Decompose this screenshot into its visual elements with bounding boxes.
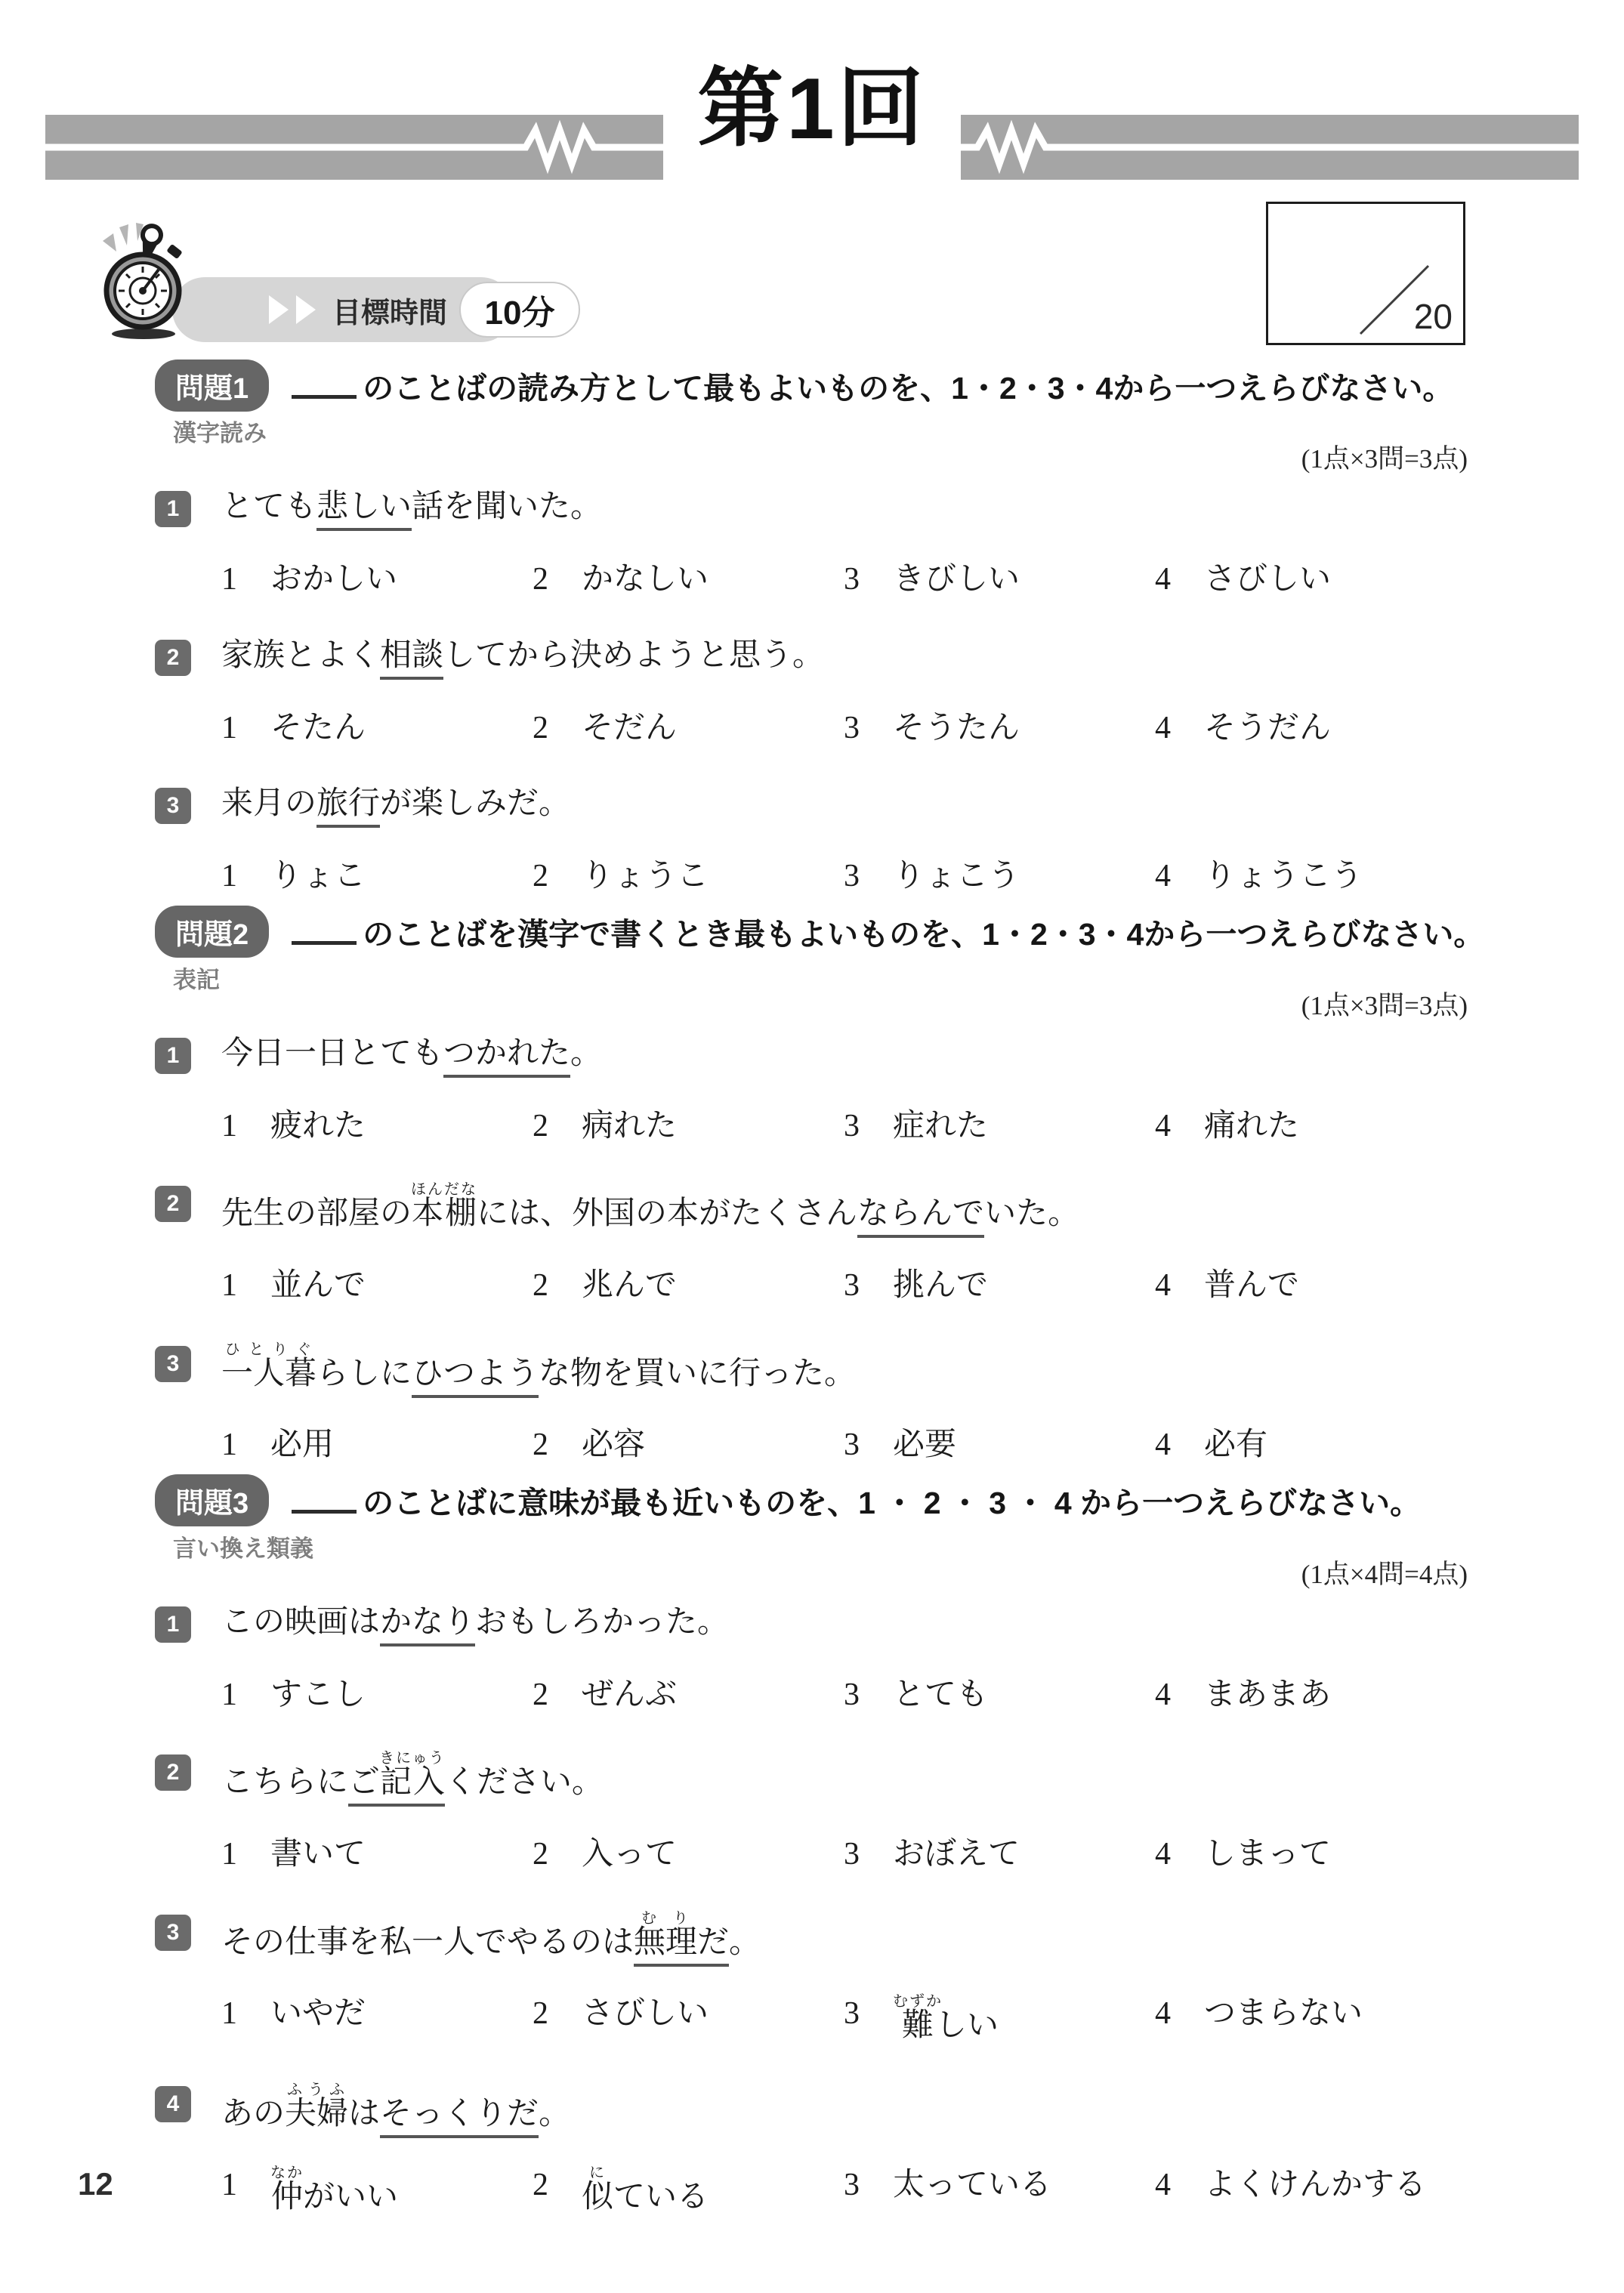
- option-number: 2: [533, 856, 548, 897]
- option: 3りょこう: [844, 856, 1155, 897]
- option: 2りょうこ: [533, 856, 844, 897]
- score-box: 20: [1266, 202, 1465, 345]
- option: 4まあまあ: [1155, 1674, 1331, 1716]
- target-time-pill: 10分: [459, 282, 580, 338]
- option-number: 3: [844, 559, 860, 600]
- option-number: 3: [844, 856, 860, 897]
- question-line: 3その仕事を私一人でやるのは無理むりだ。: [155, 1910, 1624, 1964]
- option-text: 必用: [270, 1424, 334, 1466]
- option-text: そだん: [582, 708, 677, 749]
- option-number: 3: [844, 1265, 860, 1307]
- header-bar-left: [45, 115, 663, 180]
- problem-instruction: のことばに意味が最も近いものを、1 ・ 2 ・ 3 ・ 4 から一つえらびなさい…: [290, 1478, 1421, 1523]
- option-text: 必要: [893, 1424, 956, 1466]
- option-text: 兆んで: [582, 1265, 677, 1307]
- option-text: ぜんぶ: [582, 1674, 677, 1716]
- option: 3おぼえて: [844, 1834, 1155, 1875]
- problem-section-1: 問題1のことばの読み方として最もよいものを、1・2・3・4から一つえらびなさい。…: [155, 363, 1624, 897]
- option-number: 1: [221, 559, 237, 600]
- option: 1仲なかがいい: [221, 2165, 533, 2218]
- question-number: 3: [155, 788, 191, 824]
- option-text: つまらない: [1204, 1993, 1363, 2047]
- target-time-label: 目標時間: [332, 289, 447, 331]
- question-number: 1: [155, 491, 191, 527]
- option: 2病れた: [533, 1106, 844, 1147]
- options-row: 1仲なかがいい2似にている3太っている4よくけんかする: [221, 2165, 1624, 2218]
- options-row: 1おかしい2かなしい3きびしい4さびしい: [221, 559, 1624, 600]
- header-bar-right: [961, 115, 1579, 180]
- option-text: 入って: [582, 1834, 677, 1875]
- option-number: 2: [533, 1834, 548, 1875]
- option-number: 2: [533, 708, 548, 749]
- question-number: 2: [155, 1754, 191, 1791]
- option-number: 3: [844, 1424, 860, 1466]
- option: 2かなしい: [533, 559, 844, 600]
- question-number: 1: [155, 1038, 191, 1074]
- option-text: 仲なかがいい: [270, 2165, 398, 2218]
- problem-subtitle: 言い換え類義: [173, 1529, 313, 1563]
- question: 3来月の旅行が楽しみだ。1りょこ2りょうこ3りょこう4りょうこう: [155, 783, 1624, 897]
- question: 2先生の部屋の本棚ほんだなには、外国の本がたくさんならんでいた。1並んで2兆んで…: [155, 1181, 1624, 1306]
- question-line: 3来月の旅行が楽しみだ。: [155, 783, 1624, 826]
- option-text: かなしい: [582, 559, 709, 600]
- option-text: 症れた: [893, 1106, 988, 1147]
- option: 3とても: [844, 1674, 1155, 1716]
- question-number: 3: [155, 1915, 191, 1951]
- option-text: すこし: [270, 1674, 366, 1716]
- options-row: 1書いて2入って3おぼえて4しまって: [221, 1834, 1624, 1875]
- option-number: 1: [221, 708, 237, 749]
- option-number: 2: [533, 1993, 548, 2047]
- option-text: りょこう: [893, 856, 1020, 897]
- option-text: さびしい: [582, 1993, 709, 2047]
- options-row: 1そたん2そだん3そうたん4そうだん: [221, 708, 1624, 749]
- round-title: 第1回: [697, 39, 926, 163]
- option: 1並んで: [221, 1265, 533, 1307]
- question: 2家族とよく相談してから決めようと思う。1そたん2そだん3そうたん4そうだん: [155, 635, 1624, 749]
- problem-head: 問題2のことばを漢字で書くとき最もよいものを、1・2・3・4から一つえらびなさい…: [155, 909, 1624, 955]
- option: 2兆んで: [533, 1265, 844, 1307]
- option-number: 4: [1155, 1674, 1171, 1716]
- option: 4りょうこう: [1155, 856, 1363, 897]
- option: 1書いて: [221, 1834, 533, 1875]
- question-list: 1この映画はかなりおもしろかった。1すこし2ぜんぶ3とても4まあまあ2こちらにご…: [155, 1602, 1624, 2218]
- problem-subtitle: 表記: [173, 961, 220, 995]
- option-number: 1: [221, 1993, 237, 2047]
- option-number: 1: [221, 1424, 237, 1466]
- option-text: おぼえて: [893, 1834, 1020, 1875]
- option-number: 4: [1155, 2165, 1171, 2218]
- option-number: 2: [533, 559, 548, 600]
- option: 2ぜんぶ: [533, 1674, 844, 1716]
- option-number: 4: [1155, 708, 1171, 749]
- option: 1必用: [221, 1424, 533, 1466]
- question-sentence: 家族とよく相談してから決めようと思う。: [221, 635, 824, 677]
- option-text: 痛れた: [1204, 1106, 1299, 1147]
- question-list: 1とても悲しい話を聞いた。1おかしい2かなしい3きびしい4さびしい2家族とよく相…: [155, 486, 1624, 897]
- question-line: 3一人暮ひとりぐらしにひつような物を買いに行った。: [155, 1341, 1624, 1395]
- question: 1今日一日とてもつかれた。1疲れた2病れた3症れた4痛れた: [155, 1033, 1624, 1147]
- option-text: 並んで: [270, 1265, 366, 1307]
- question: 2こちらにご記入きにゅうください。1書いて2入って3おぼえて4しまって: [155, 1750, 1624, 1875]
- option-number: 4: [1155, 1424, 1171, 1466]
- options-row: 1並んで2兆んで3挑んで4普んで: [221, 1265, 1624, 1307]
- points-note: (1点×4問=4点): [1301, 1554, 1468, 1591]
- question-line: 1今日一日とてもつかれた。: [155, 1033, 1624, 1076]
- option: 1そたん: [221, 708, 533, 749]
- option-number: 4: [1155, 559, 1171, 600]
- option-text: 必容: [582, 1424, 645, 1466]
- option: 4普んで: [1155, 1265, 1299, 1307]
- option-number: 1: [221, 2165, 237, 2218]
- options-row: 1疲れた2病れた3症れた4痛れた: [221, 1106, 1624, 1147]
- zigzag-line: [961, 115, 1579, 180]
- question: 3その仕事を私一人でやるのは無理むりだ。1いやだ2さびしい3難むずかしい4つまら…: [155, 1910, 1624, 2047]
- option-text: 挑んで: [893, 1265, 988, 1307]
- question-line: 4あの夫婦ふうふはそっくりだ。: [155, 2082, 1624, 2135]
- page-number: 12: [78, 2166, 113, 2202]
- target-time-value: 10分: [485, 285, 555, 334]
- target-time-badge: 目標時間 10分: [172, 277, 514, 342]
- option-text: 太っている: [893, 2165, 1051, 2218]
- option-text: とても: [893, 1674, 988, 1716]
- option: 3挑んで: [844, 1265, 1155, 1307]
- question-sentence: 来月の旅行が楽しみだ。: [221, 783, 570, 825]
- score-total: 20: [1414, 296, 1453, 337]
- problem-subrow: 表記(1点×3問=3点): [155, 955, 1468, 1021]
- problem-head: 問題3のことばに意味が最も近いものを、1 ・ 2 ・ 3 ・ 4 から一つえらび…: [155, 1478, 1624, 1523]
- option: 4つまらない: [1155, 1993, 1363, 2047]
- option-text: おかしい: [270, 559, 397, 600]
- option-number: 1: [221, 1674, 237, 1716]
- question-sentence: こちらにご記入きにゅうください。: [221, 1750, 604, 1804]
- zigzag-line: [45, 115, 663, 180]
- option: 3必要: [844, 1424, 1155, 1466]
- option-number: 2: [533, 2165, 548, 2218]
- option-text: 難むずかしい: [893, 1993, 999, 2047]
- question-line: 2家族とよく相談してから決めようと思う。: [155, 635, 1624, 677]
- option-text: りょうこう: [1204, 856, 1363, 897]
- option-number: 3: [844, 2165, 860, 2218]
- question-sentence: あの夫婦ふうふはそっくりだ。: [221, 2082, 570, 2135]
- question-number: 2: [155, 640, 191, 676]
- option-text: 書いて: [270, 1834, 366, 1875]
- option-number: 2: [533, 1106, 548, 1147]
- option: 4よくけんかする: [1155, 2165, 1426, 2218]
- option-number: 2: [533, 1424, 548, 1466]
- option-number: 2: [533, 1265, 548, 1307]
- problem-subrow: 漢字読み(1点×3問=3点): [155, 408, 1468, 474]
- option: 3難むずかしい: [844, 1993, 1155, 2047]
- question: 1この映画はかなりおもしろかった。1すこし2ぜんぶ3とても4まあまあ: [155, 1602, 1624, 1716]
- question-sentence: 先生の部屋の本棚ほんだなには、外国の本がたくさんならんでいた。: [221, 1181, 1079, 1235]
- option-text: さびしい: [1204, 559, 1331, 600]
- points-note: (1点×3問=3点): [1301, 438, 1468, 476]
- option-text: 似にている: [582, 2165, 709, 2218]
- option: 3きびしい: [844, 559, 1155, 600]
- option-number: 4: [1155, 856, 1171, 897]
- option: 2似にている: [533, 2165, 844, 2218]
- stopwatch-icon: [97, 221, 189, 341]
- problem-subtitle: 漢字読み: [173, 414, 267, 448]
- test-page: 第1回 20 目標時間 10分: [0, 0, 1624, 2293]
- question-number: 4: [155, 2086, 191, 2122]
- options-row: 1りょこ2りょうこ3りょこう4りょうこう: [221, 856, 1624, 897]
- options-row: 1すこし2ぜんぶ3とても4まあまあ: [221, 1674, 1624, 1716]
- option: 2必容: [533, 1424, 844, 1466]
- option: 3そうたん: [844, 708, 1155, 749]
- problem-head: 問題1のことばの読み方として最もよいものを、1・2・3・4から一つえらびなさい。: [155, 363, 1624, 408]
- option-number: 4: [1155, 1265, 1171, 1307]
- blank-underline: [292, 912, 357, 945]
- question-sentence: 一人暮ひとりぐらしにひつような物を買いに行った。: [221, 1341, 856, 1395]
- problem-badge: 問題1: [155, 360, 269, 412]
- options-row: 1いやだ2さびしい3難むずかしい4つまらない: [221, 1993, 1624, 2047]
- problem-badge: 問題3: [155, 1474, 269, 1526]
- option: 1疲れた: [221, 1106, 533, 1147]
- option-text: 疲れた: [270, 1106, 366, 1147]
- question-line: 1とても悲しい話を聞いた。: [155, 486, 1624, 529]
- option-number: 3: [844, 1106, 860, 1147]
- option-text: よくけんかする: [1204, 2165, 1426, 2218]
- problem-instruction: のことばを漢字で書くとき最もよいものを、1・2・3・4から一つえらびなさい。: [290, 909, 1484, 954]
- question-line: 2こちらにご記入きにゅうください。: [155, 1750, 1624, 1804]
- option: 1りょこ: [221, 856, 533, 897]
- option-text: りょこ: [270, 856, 366, 897]
- option-text: いやだ: [270, 1993, 366, 2047]
- option-text: 病れた: [582, 1106, 677, 1147]
- option-number: 1: [221, 856, 237, 897]
- option-text: まあまあ: [1204, 1674, 1331, 1716]
- option-text: りょうこ: [582, 856, 709, 897]
- question: 3一人暮ひとりぐらしにひつような物を買いに行った。1必用2必容3必要4必有: [155, 1341, 1624, 1466]
- option: 4痛れた: [1155, 1106, 1299, 1147]
- option-text: しまって: [1204, 1834, 1331, 1875]
- option: 4そうだん: [1155, 708, 1331, 749]
- option-number: 1: [221, 1834, 237, 1875]
- problem-section-2: 問題2のことばを漢字で書くとき最もよいものを、1・2・3・4から一つえらびなさい…: [155, 909, 1624, 1466]
- question-line: 1この映画はかなりおもしろかった。: [155, 1602, 1624, 1644]
- question-line: 2先生の部屋の本棚ほんだなには、外国の本がたくさんならんでいた。: [155, 1181, 1624, 1235]
- question-number: 3: [155, 1346, 191, 1382]
- option: 4さびしい: [1155, 559, 1331, 600]
- question-number: 1: [155, 1606, 191, 1643]
- problem-section-3: 問題3のことばに意味が最も近いものを、1 ・ 2 ・ 3 ・ 4 から一つえらび…: [155, 1478, 1624, 2218]
- option: 1いやだ: [221, 1993, 533, 2047]
- option: 2そだん: [533, 708, 844, 749]
- question: 1とても悲しい話を聞いた。1おかしい2かなしい3きびしい4さびしい: [155, 486, 1624, 600]
- chevrons-icon: [269, 295, 316, 324]
- option-number: 3: [844, 708, 860, 749]
- option: 2入って: [533, 1834, 844, 1875]
- option: 1おかしい: [221, 559, 533, 600]
- question-sentence: この映画はかなりおもしろかった。: [221, 1602, 729, 1643]
- option-text: 普んで: [1204, 1265, 1299, 1307]
- question-sentence: その仕事を私一人でやるのは無理むりだ。: [221, 1910, 761, 1964]
- option: 3症れた: [844, 1106, 1155, 1147]
- option-text: そたん: [270, 708, 366, 749]
- question: 4あの夫婦ふうふはそっくりだ。1仲なかがいい2似にている3太っている4よくけんか…: [155, 2082, 1624, 2218]
- option-text: 必有: [1204, 1424, 1267, 1466]
- option-number: 1: [221, 1106, 237, 1147]
- blank-underline: [292, 1480, 357, 1514]
- question-sentence: とても悲しい話を聞いた。: [221, 486, 602, 528]
- options-row: 1必用2必容3必要4必有: [221, 1424, 1624, 1466]
- option-number: 1: [221, 1265, 237, 1307]
- question-list: 1今日一日とてもつかれた。1疲れた2病れた3症れた4痛れた2先生の部屋の本棚ほん…: [155, 1033, 1624, 1466]
- option-text: そうたん: [893, 708, 1020, 749]
- option-number: 3: [844, 1993, 860, 2047]
- problem-badge: 問題2: [155, 906, 269, 958]
- option: 4しまって: [1155, 1834, 1331, 1875]
- sections: 問題1のことばの読み方として最もよいものを、1・2・3・4から一つえらびなさい。…: [0, 363, 1624, 2218]
- option: 2さびしい: [533, 1993, 844, 2047]
- blank-underline: [292, 366, 357, 399]
- points-note: (1点×3問=3点): [1301, 985, 1468, 1023]
- question-sentence: 今日一日とてもつかれた。: [221, 1033, 602, 1075]
- option-text: きびしい: [893, 559, 1020, 600]
- problem-subrow: 言い換え類義(1点×4問=4点): [155, 1523, 1468, 1590]
- option-number: 4: [1155, 1834, 1171, 1875]
- option-number: 2: [533, 1674, 548, 1716]
- option: 1すこし: [221, 1674, 533, 1716]
- option-text: そうだん: [1204, 708, 1331, 749]
- problem-instruction: のことばの読み方として最もよいものを、1・2・3・4から一つえらびなさい。: [290, 363, 1453, 408]
- option-number: 4: [1155, 1993, 1171, 2047]
- option-number: 3: [844, 1834, 860, 1875]
- option: 3太っている: [844, 2165, 1155, 2218]
- option: 4必有: [1155, 1424, 1267, 1466]
- option-number: 3: [844, 1674, 860, 1716]
- question-number: 2: [155, 1186, 191, 1222]
- option-number: 4: [1155, 1106, 1171, 1147]
